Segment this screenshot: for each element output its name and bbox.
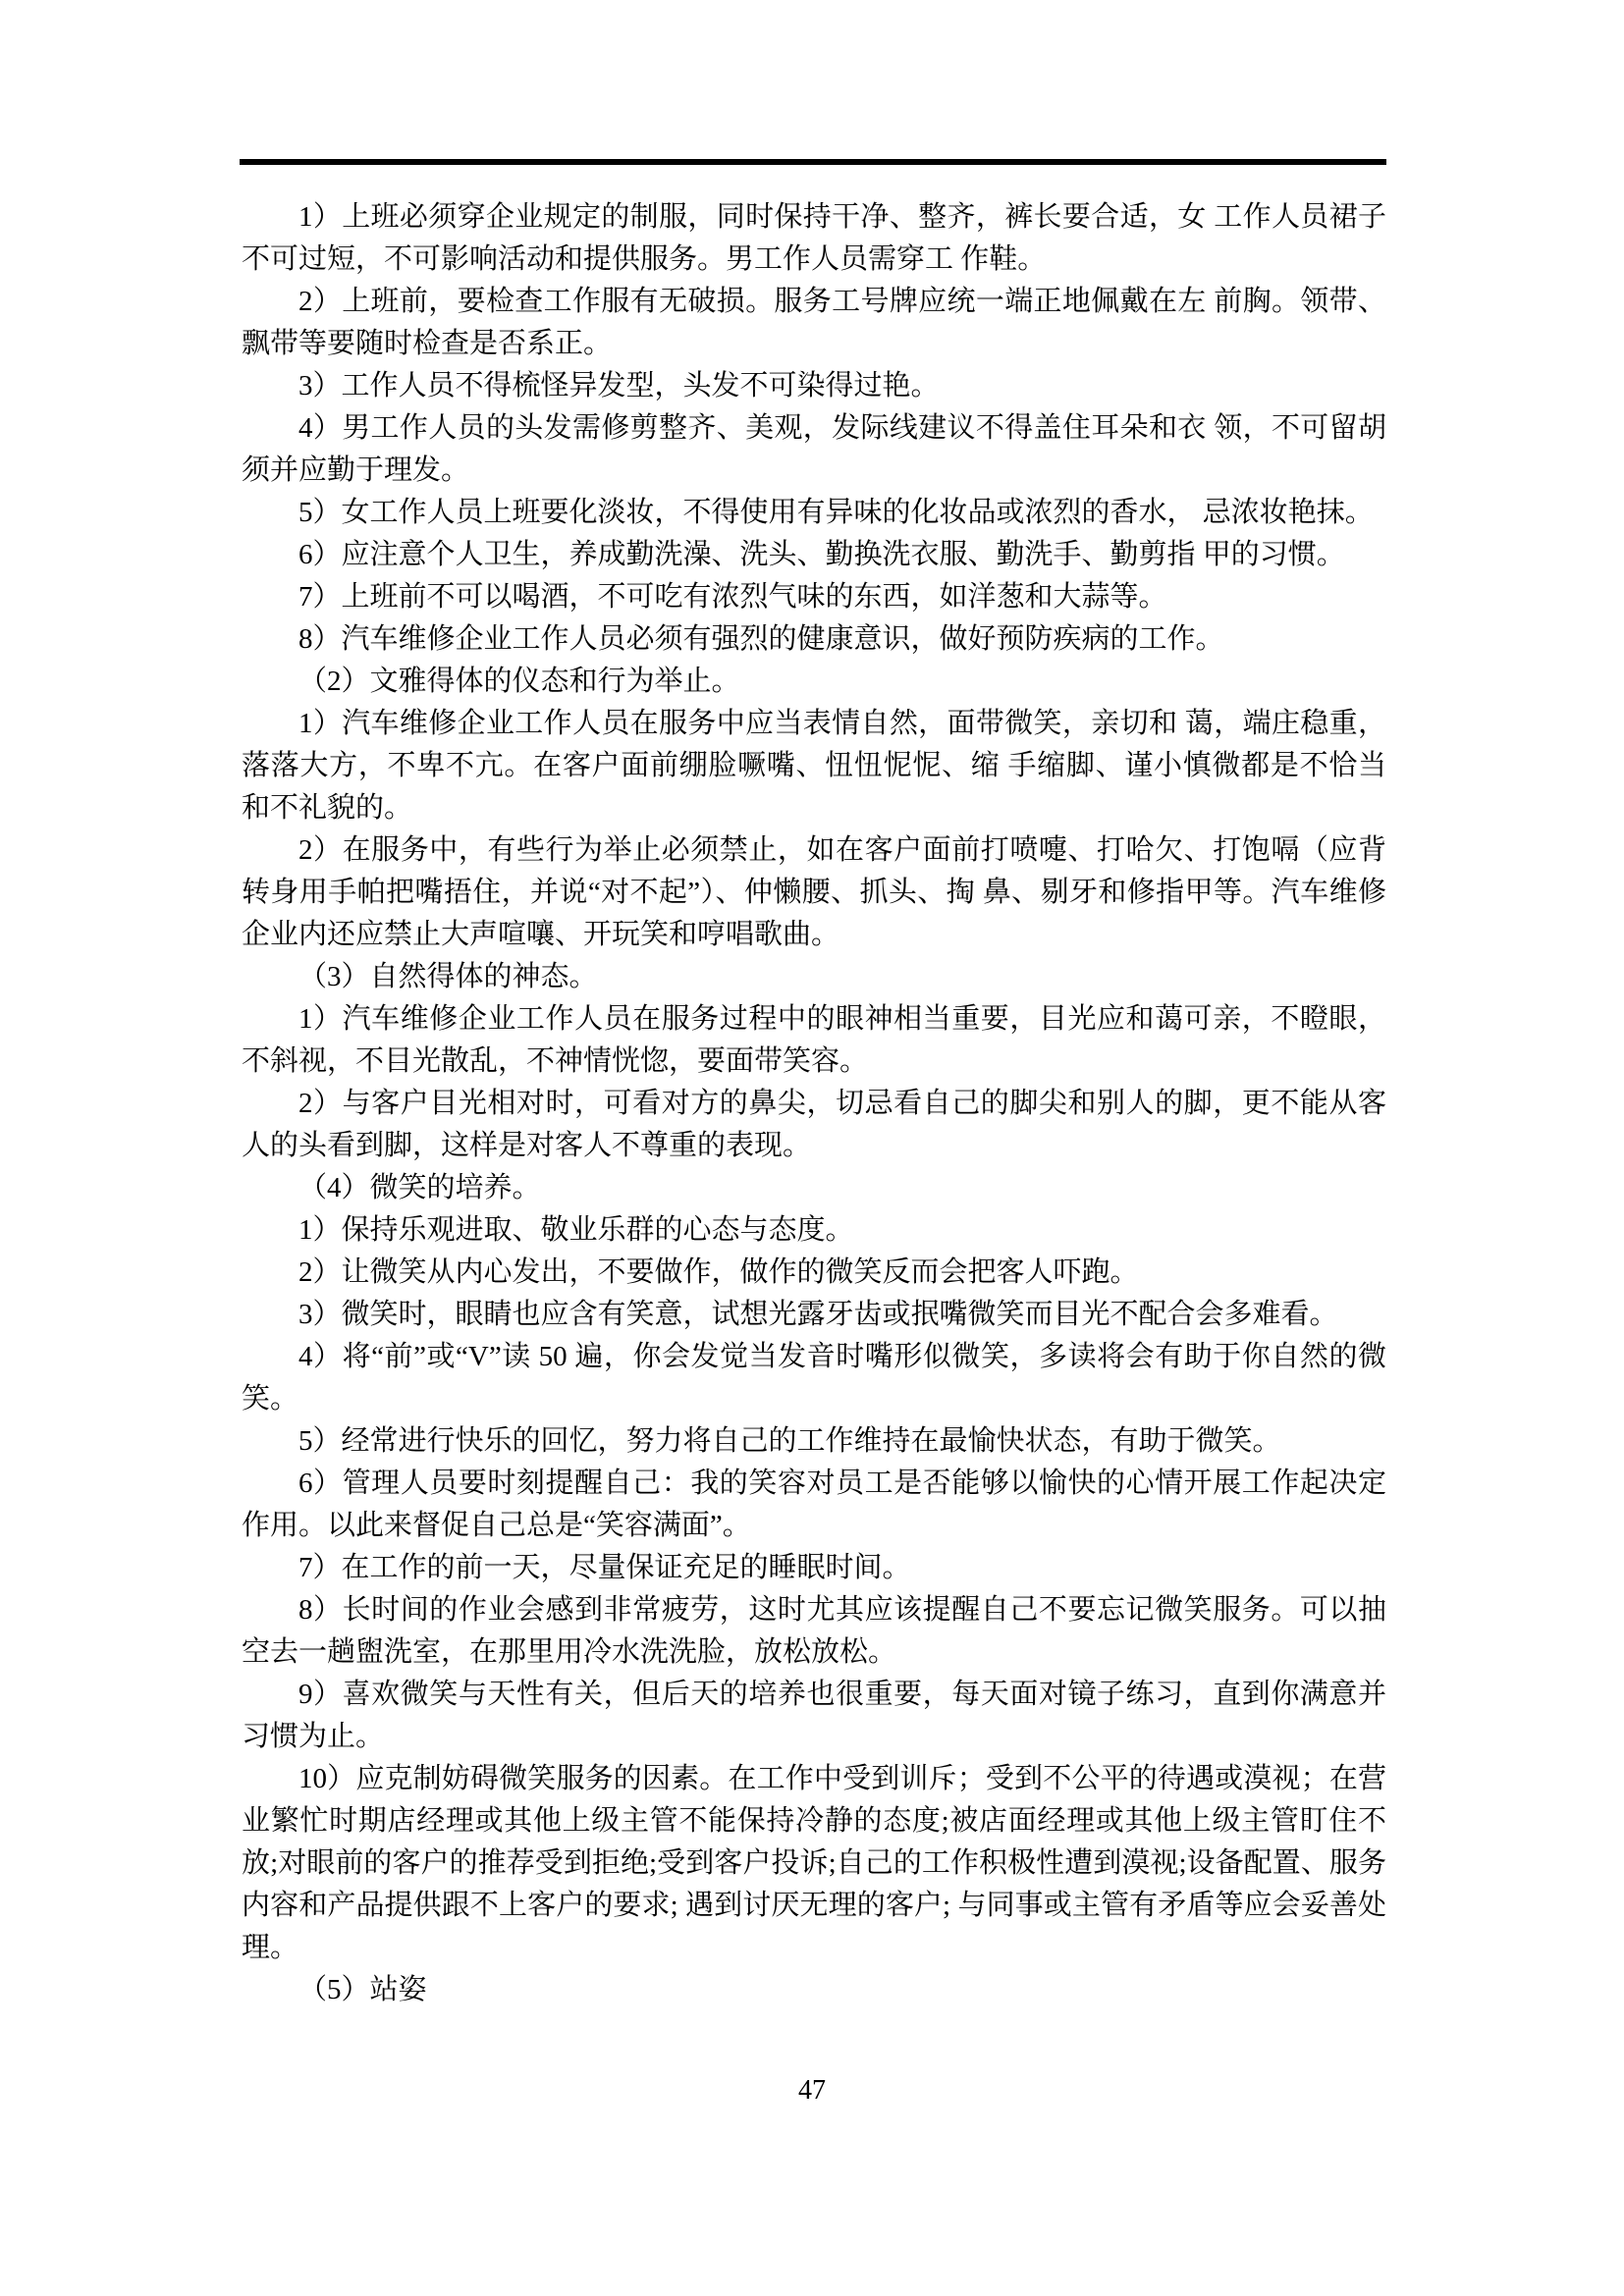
paragraph: （3）自然得体的神态。	[242, 956, 1386, 998]
paragraph: 10）应克制妨碍微笑服务的因素。在工作中受到训斥；受到不公平的待遇或漠视；在营业…	[242, 1758, 1386, 1969]
paragraph: 1）汽车维修企业工作人员在服务过程中的眼神相当重要，目光应和蔼可亲，不瞪眼，不斜…	[242, 998, 1386, 1083]
paragraph: 2）让微笑从内心发出，不要做作，做作的微笑反而会把客人吓跑。	[242, 1252, 1386, 1294]
document-page: 1）上班必须穿企业规定的制服，同时保持干净、整齐，裤长要合适，女 工作人员裙子不…	[0, 0, 1624, 2296]
paragraph: 7）在工作的前一天，尽量保证充足的睡眠时间。	[242, 1547, 1386, 1589]
paragraph: 1）保持乐观进取、敬业乐群的心态与态度。	[242, 1209, 1386, 1252]
document-body: 1）上班必须穿企业规定的制服，同时保持干净、整齐，裤长要合适，女 工作人员裙子不…	[242, 196, 1386, 2011]
paragraph: 7）上班前不可以喝酒，不可吃有浓烈气味的东西，如洋葱和大蒜等。	[242, 576, 1386, 618]
paragraph: 5）女工作人员上班要化淡妆，不得使用有异味的化妆品或浓烈的香水， 忌浓妆艳抹。	[242, 492, 1386, 534]
paragraph: 4）将“前”或“V”读 50 遍，你会发觉当发音时嘴形似微笑，多读将会有助于你自…	[242, 1336, 1386, 1420]
paragraph: （2）文雅得体的仪态和行为举止。	[242, 661, 1386, 703]
paragraph: 5）经常进行快乐的回忆，努力将自己的工作维持在最愉快状态，有助于微笑。	[242, 1420, 1386, 1463]
paragraph: 3）工作人员不得梳怪异发型，头发不可染得过艳。	[242, 365, 1386, 407]
paragraph: 6）应注意个人卫生，养成勤洗澡、洗头、勤换洗衣服、勤洗手、勤剪指 甲的习惯。	[242, 534, 1386, 576]
paragraph: 4）男工作人员的头发需修剪整齐、美观，发际线建议不得盖住耳朵和衣 领，不可留胡须…	[242, 407, 1386, 492]
paragraph: 3）微笑时，眼睛也应含有笑意，试想光露牙齿或抿嘴微笑而目光不配合会多难看。	[242, 1294, 1386, 1336]
paragraph: 2）与客户目光相对时，可看对方的鼻尖，切忌看自己的脚尖和别人的脚，更不能从客人的…	[242, 1083, 1386, 1167]
paragraph: 2）上班前，要检查工作服有无破损。服务工号牌应统一端正地佩戴在左 前胸。领带、飘…	[242, 281, 1386, 365]
paragraph: 8）长时间的作业会感到非常疲劳，这时尤其应该提醒自己不要忘记微笑服务。可以抽空去…	[242, 1589, 1386, 1674]
paragraph: 2）在服务中，有些行为举止必须禁止，如在客户面前打喷嚏、打哈欠、打饱嗝（应背转身…	[242, 829, 1386, 956]
paragraph: 6）管理人员要时刻提醒自己：我的笑容对员工是否能够以愉快的心情开展工作起决定作用…	[242, 1463, 1386, 1547]
header-rule	[240, 159, 1386, 165]
paragraph: 9）喜欢微笑与天性有关，但后天的培养也很重要，每天面对镜子练习，直到你满意并习惯…	[242, 1674, 1386, 1758]
paragraph: （4）微笑的培养。	[242, 1167, 1386, 1209]
paragraph: （5）站姿	[242, 1969, 1386, 2011]
paragraph: 1）汽车维修企业工作人员在服务中应当表情自然，面带微笑，亲切和 蔼，端庄稳重，落…	[242, 703, 1386, 829]
paragraph: 1）上班必须穿企业规定的制服，同时保持干净、整齐，裤长要合适，女 工作人员裙子不…	[242, 196, 1386, 281]
page-number: 47	[0, 2073, 1624, 2109]
paragraph: 8）汽车维修企业工作人员必须有强烈的健康意识，做好预防疾病的工作。	[242, 618, 1386, 661]
